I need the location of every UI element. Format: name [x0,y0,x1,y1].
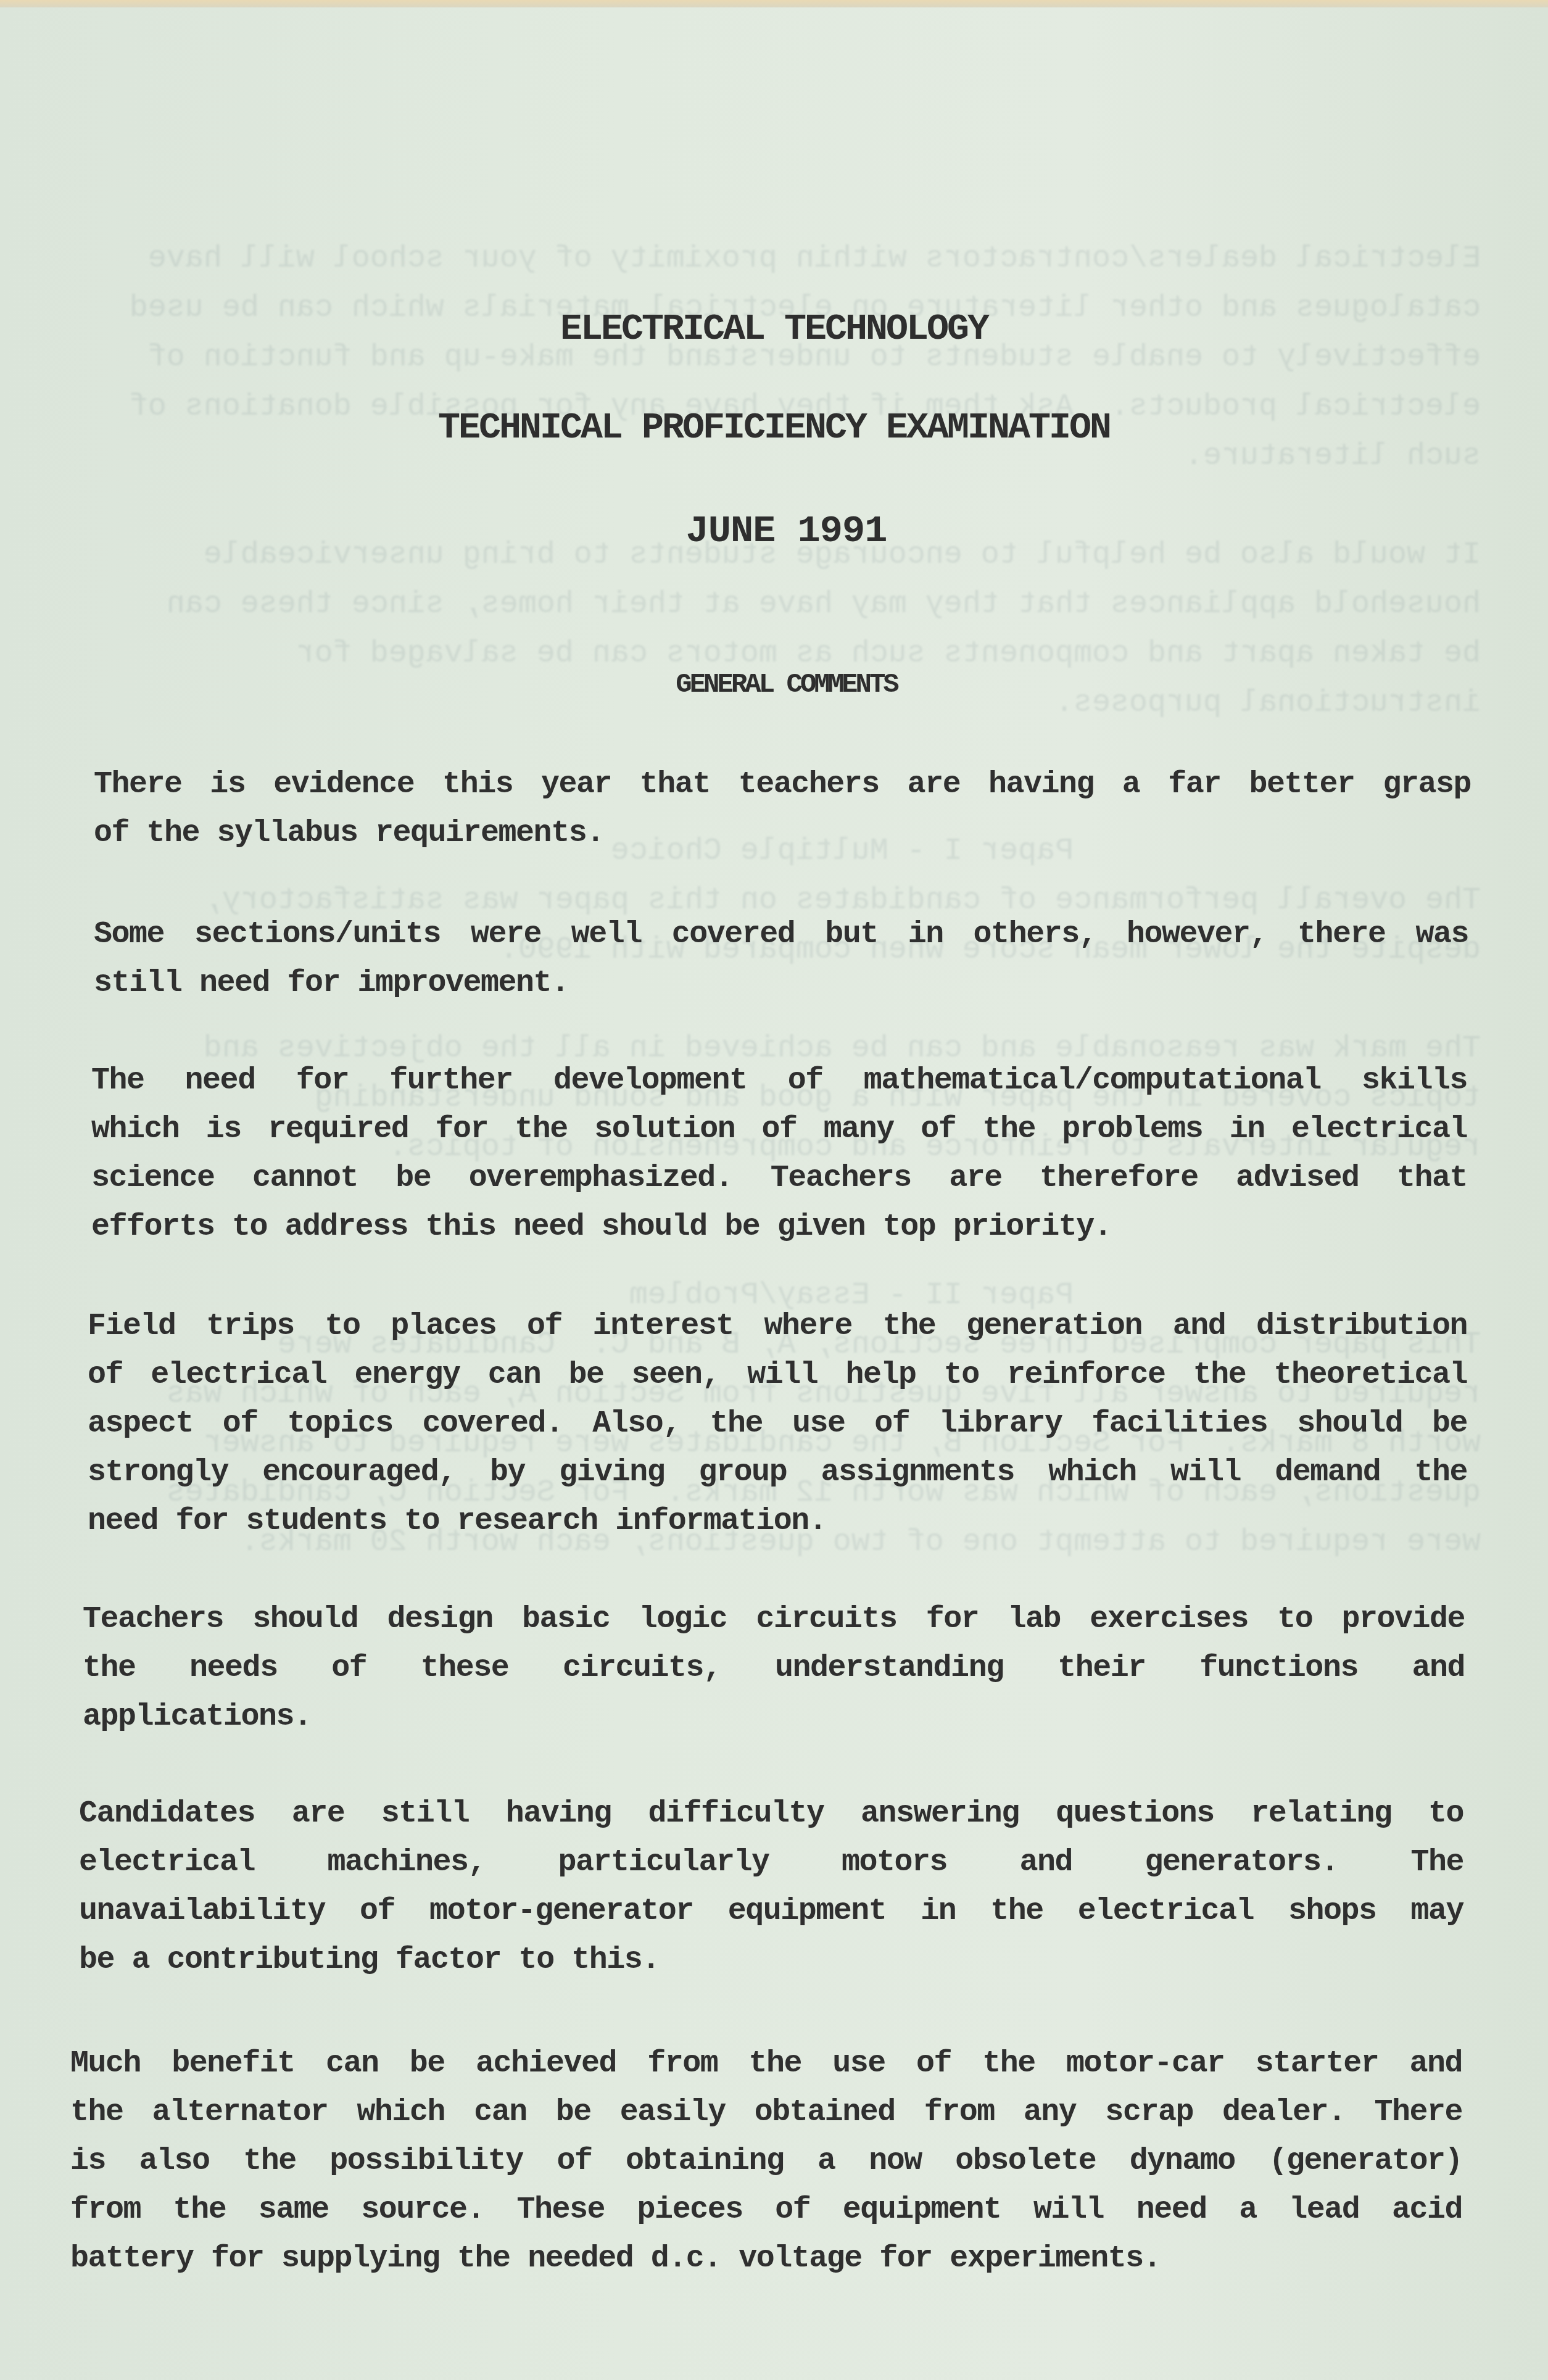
text-line: aspect of topics covered. Also, the use … [88,1399,1467,1448]
text-line: of the syllabus requirements. [94,809,1471,858]
text-line: Field trips to places of interest where … [88,1302,1467,1351]
paragraph-logic-circuits: Teachers should design basic logic circu… [83,1595,1465,1741]
text-line: battery for supplying the needed d.c. vo… [70,2234,1462,2283]
text-line: need for students to research informatio… [88,1497,1467,1546]
text-line: science cannot be overemphasized. Teache… [91,1154,1467,1203]
paragraph-sections-coverage: Some sections/units were well covered bu… [94,910,1468,1008]
text-line: still need for improvement. [94,959,1468,1008]
text-line: is also the possibility of obtaining a n… [70,2137,1462,2186]
text-line: There is evidence this year that teacher… [94,760,1471,809]
document-subtitle: TECHNICAL PROFICIENCY EXAMINATION [0,407,1548,449]
text-line: which is required for the solution of ma… [91,1105,1467,1154]
text-line: the alternator which can be easily obtai… [70,2088,1462,2137]
text-line: efforts to address this need should be g… [91,1203,1467,1251]
text-line: unavailability of motor-generator equipm… [79,1887,1463,1936]
text-line: electrical machines, particularly motors… [79,1838,1463,1887]
document-title: ELECTRICAL TECHNOLOGY [0,309,1548,350]
text-line: Candidates are still having difficulty a… [79,1789,1463,1838]
text-line: be a contributing factor to this. [79,1936,1463,1984]
text-line: of electrical energy can be seen, will h… [88,1351,1467,1399]
text-line: the needs of these circuits, understandi… [83,1644,1465,1693]
section-heading: GENERAL COMMENTS [12,670,1548,700]
paragraph-math-skills: The need for further development of math… [91,1056,1467,1251]
document-date: JUNE 1991 [12,509,1548,553]
text-line: applications. [83,1693,1465,1741]
paragraph-electrical-machines: Candidates are still having difficulty a… [79,1789,1463,1984]
text-line: Much benefit can be achieved from the us… [70,2039,1462,2088]
paragraph-syllabus-grasp: There is evidence this year that teacher… [94,760,1471,858]
text-line: Teachers should design basic logic circu… [83,1595,1465,1644]
text-line: from the same source. These pieces of eq… [70,2186,1462,2234]
text-line: Some sections/units were well covered bu… [94,910,1468,959]
text-line: The need for further development of math… [91,1056,1467,1105]
paragraph-motor-car-starter: Much benefit can be achieved from the us… [70,2039,1462,2283]
text-line: strongly encouraged, by giving group ass… [88,1448,1467,1497]
paragraph-field-trips: Field trips to places of interest where … [88,1302,1467,1546]
